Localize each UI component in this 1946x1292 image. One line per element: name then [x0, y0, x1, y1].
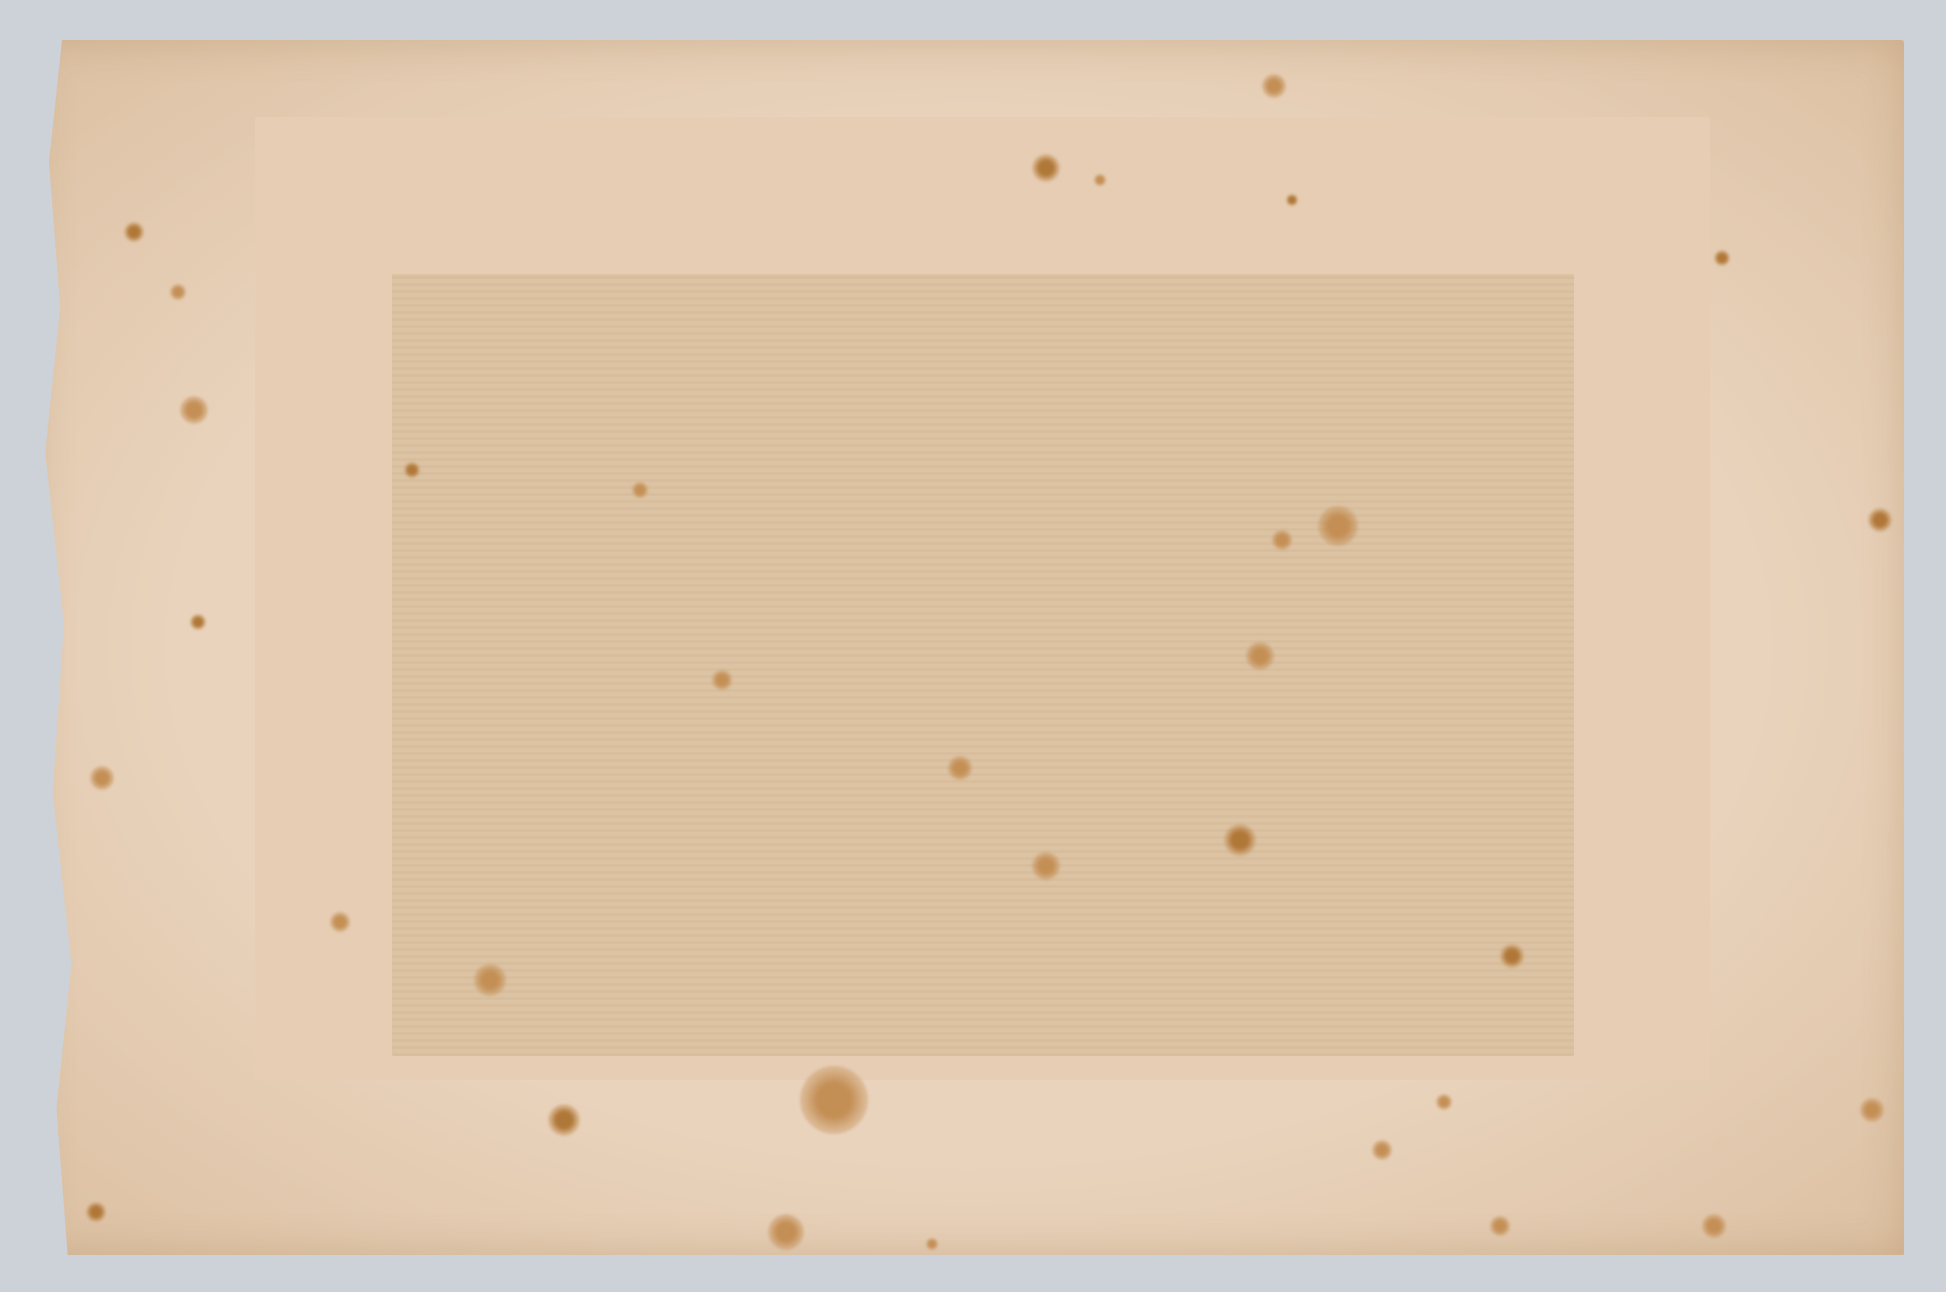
foxing-spot — [170, 284, 186, 300]
foxing-spot — [180, 396, 208, 424]
foxing-spot — [1094, 174, 1106, 186]
foxing-spot — [1868, 508, 1892, 532]
foxing-spot — [926, 1238, 938, 1250]
foxing-spot — [1500, 944, 1524, 968]
foxing-spot — [1246, 642, 1274, 670]
foxing-spot — [124, 222, 144, 242]
foxing-spot — [190, 614, 206, 630]
foxing-spot — [712, 670, 732, 690]
foxing-spot — [1372, 1140, 1392, 1160]
foxing-spot — [1860, 1098, 1884, 1122]
foxing-spot — [1032, 852, 1060, 880]
foxing-spot — [800, 1066, 868, 1134]
foxing-spot — [632, 482, 648, 498]
foxing-spot — [90, 766, 114, 790]
foxing-spot — [474, 964, 506, 996]
plate-image-show-through — [392, 274, 1574, 1056]
foxing-spot — [1224, 824, 1256, 856]
foxing-spot — [404, 462, 420, 478]
foxing-spot — [86, 1202, 106, 1222]
foxing-spot — [1318, 506, 1358, 546]
foxing-spot — [768, 1214, 804, 1250]
foxing-spot — [548, 1104, 580, 1136]
foxing-spot — [1272, 530, 1292, 550]
foxing-spot — [1262, 74, 1286, 98]
foxing-spot — [1702, 1214, 1726, 1238]
foxing-spot — [948, 756, 972, 780]
foxing-spot — [1436, 1094, 1452, 1110]
foxing-spot — [1032, 154, 1060, 182]
foxing-spot — [1286, 194, 1298, 206]
foxing-spot — [1490, 1216, 1510, 1236]
foxing-spot — [330, 912, 350, 932]
foxing-spot — [1714, 250, 1730, 266]
